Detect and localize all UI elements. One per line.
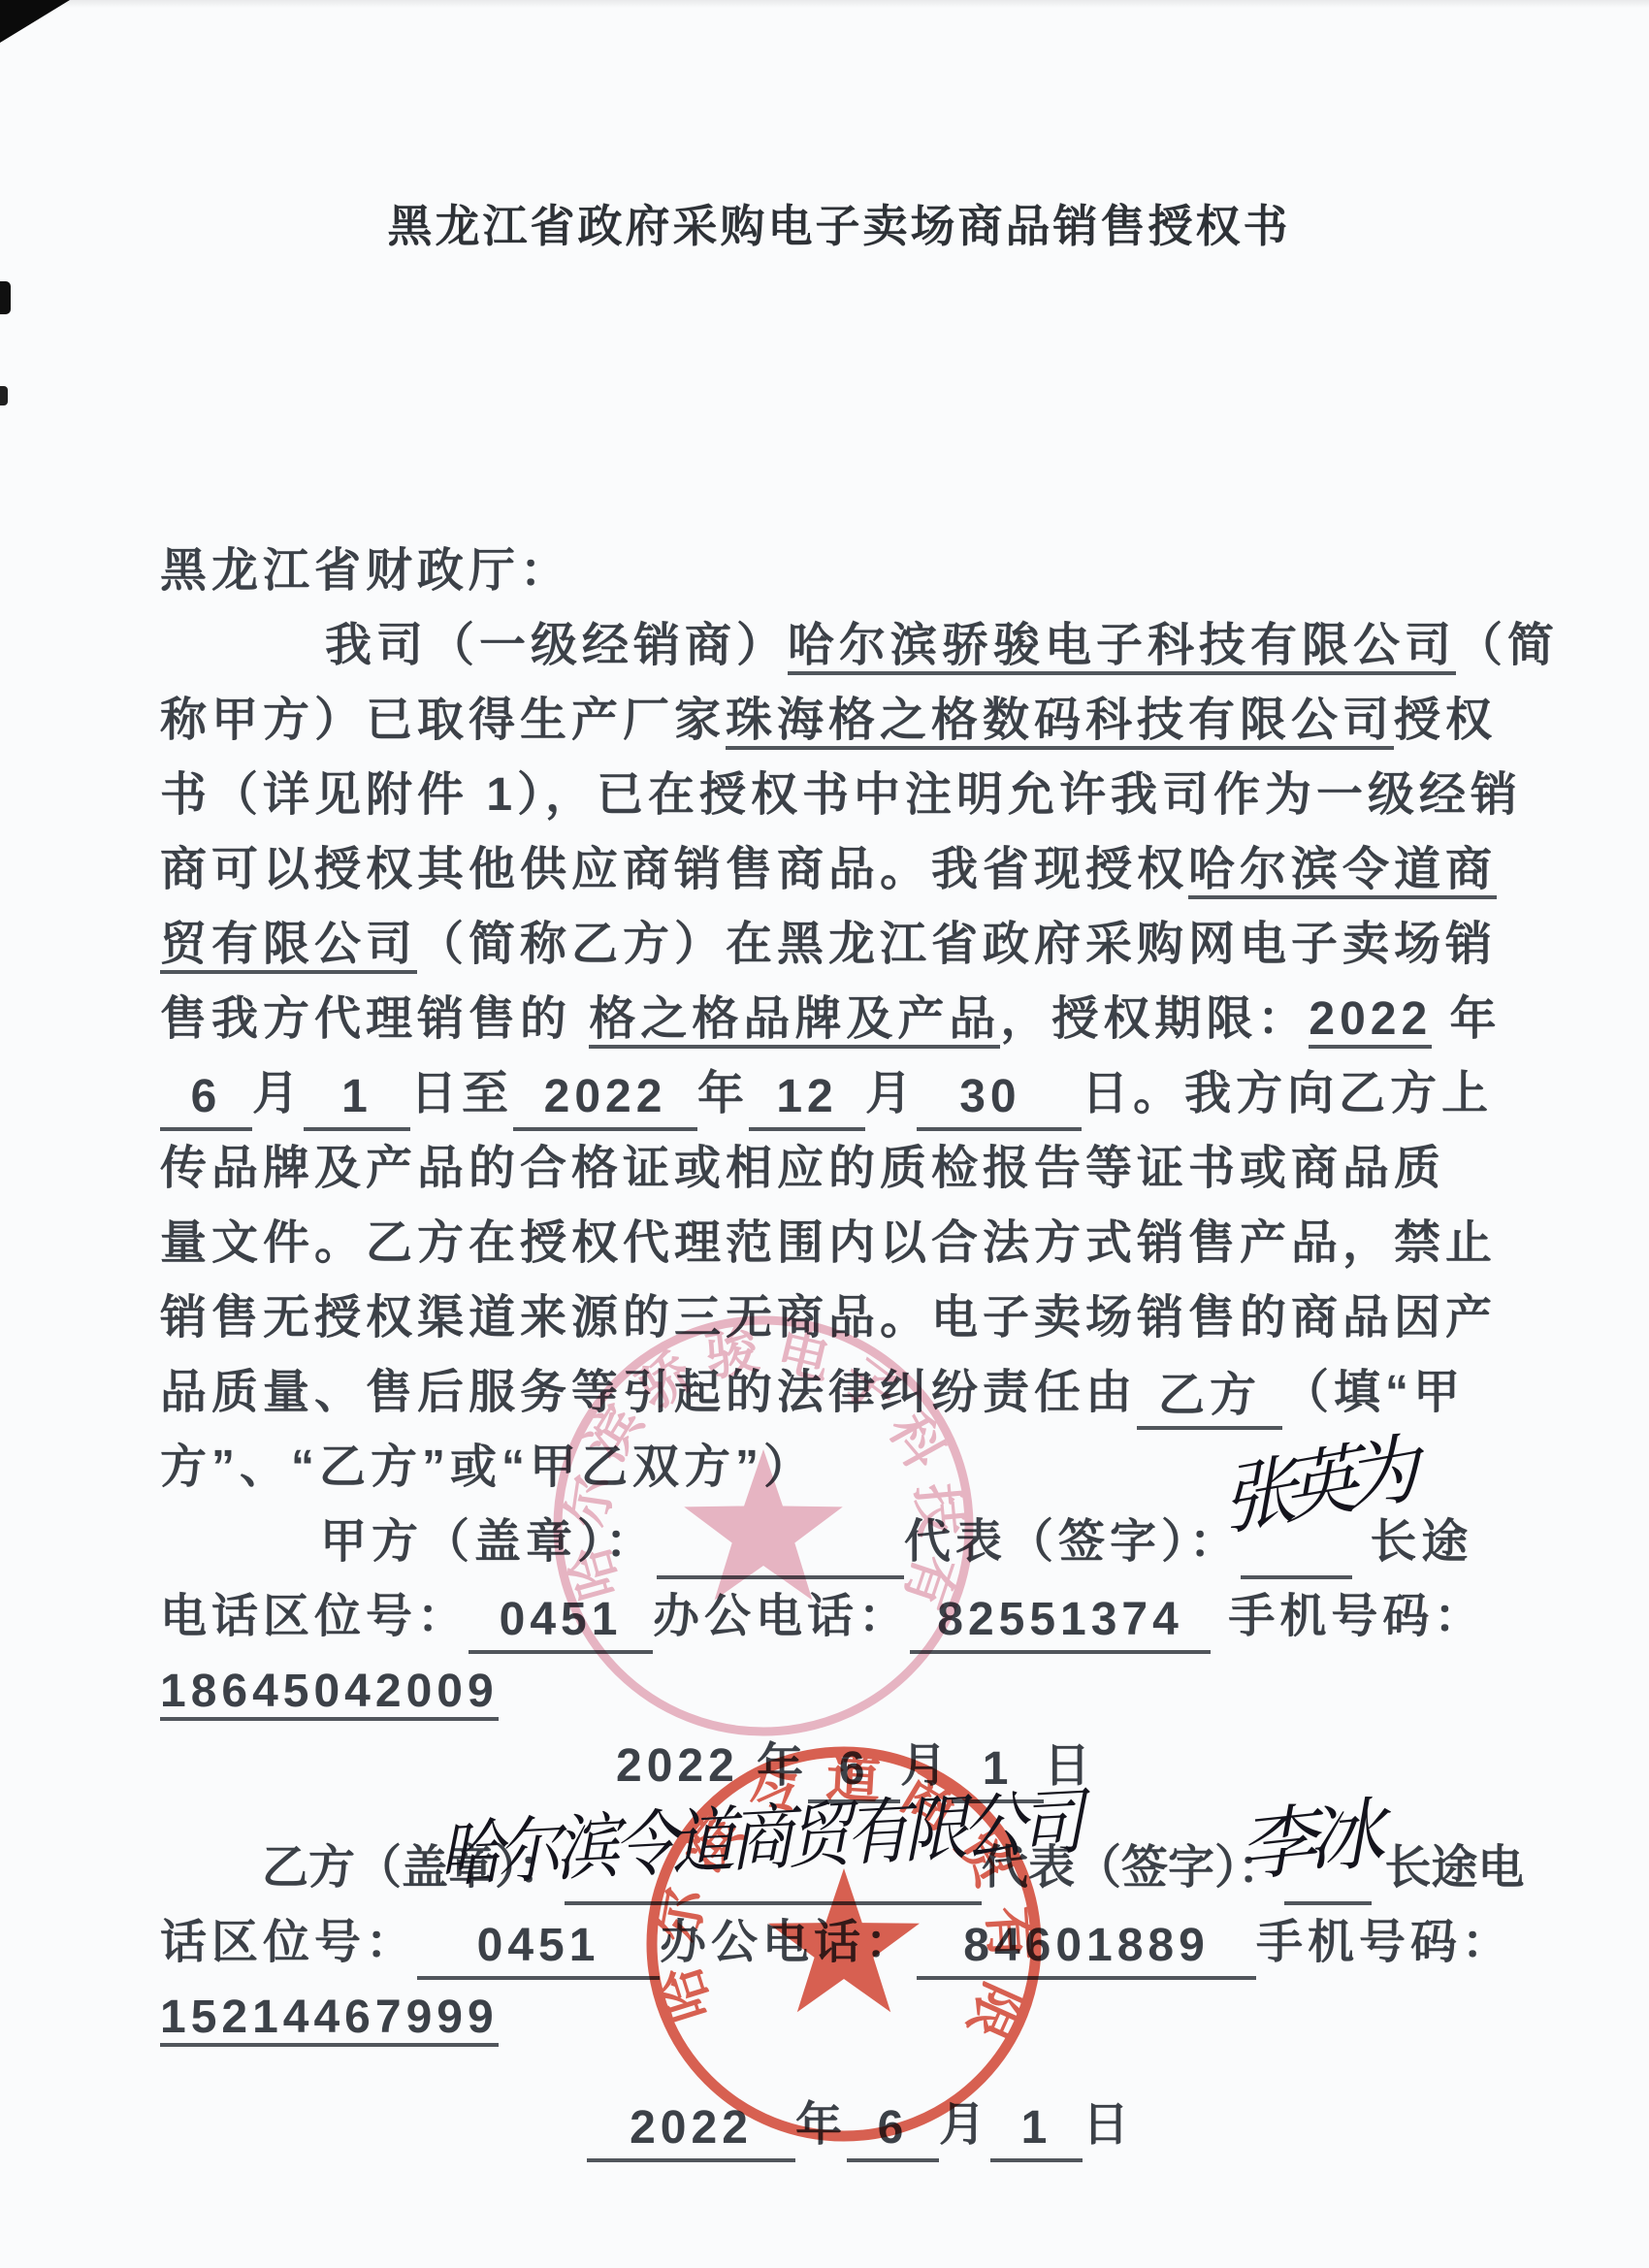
text-segment: 年 [795,2099,847,2151]
filled-blank: 82551374 [910,1582,1211,1654]
text-segment: 手机号码： [1211,1591,1485,1642]
scan-edge-mark [0,386,8,405]
text-segment: 日 [1083,2099,1134,2151]
text-segment: 年 [697,1068,749,1119]
text-segment: 长途电 [1372,1842,1524,1894]
filled-blank: 哈尔滨令道商 [1188,844,1497,899]
text-line: 商可以授权其他供应商销售商品。我省现授权哈尔滨令道商 [160,832,1518,907]
filled-blank: 84601889 [917,1908,1256,1980]
text-line: 15214467999 [160,1980,1518,2055]
text-line: 书（详见附件 1），已在授权书中注明允许我司作为一级经销 [160,758,1518,832]
text-line: 传品牌及产品的合格证或相应的质检报告等证书或商品质 [160,1131,1518,1206]
scan-top-shadow [0,0,1649,8]
document-page: 黑龙江省政府采购电子卖场商品销售授权书 黑龙江省财政厅：我司（一级经销商）哈尔滨… [0,0,1649,2268]
text-line: 销售无授权渠道来源的三无商品。电子卖场销售的商品因产 [160,1280,1518,1355]
text-line: 我司（一级经销商）哈尔滨骄骏电子科技有限公司（简 [160,608,1518,683]
text-line: 品质量、售后服务等引起的法律纠纷责任由 乙方 （填“甲 [160,1355,1518,1430]
text-segment: 月 [865,1068,917,1119]
filled-blank: 6 [847,2090,939,2162]
filled-blank: 贸有限公司 [160,919,417,974]
text-segment: 手机号码： [1256,1917,1513,1968]
text-line: 贸有限公司（简称乙方）在黑龙江省政府采购网电子卖场销 [160,907,1518,982]
filled-blank: 0451 [417,1908,660,1980]
text-line: 6 月 1 日至 2022 年 12 月 30 日。我方向乙方上 [160,1056,1518,1131]
scan-edge-mark [0,281,11,314]
filled-blank: 2022 [1309,993,1432,1049]
filled-blank [657,1507,904,1579]
text-line: 黑龙江省财政厅： [160,534,1518,608]
text-segment: 日至 [410,1068,513,1119]
text-segment: 我司（一级经销商） [325,620,788,671]
text-segment: 电话区位号： [160,1591,469,1642]
text-segment: 年 [1432,993,1501,1045]
text-line: 售我方代理销售的 格之格品牌及产品，授权期限：2022 年 [160,982,1518,1056]
filled-blank: 2022 [513,1059,697,1131]
scan-corner-artifact [0,0,70,43]
filled-blank: 珠海格之格数码科技有限公司 [726,695,1394,750]
text-segment: 商可以授权其他供应商销售商品。我省现授权 [160,844,1188,895]
text-segment: 甲方（盖章）： [320,1516,657,1568]
text-line: 18645042009 [160,1654,1518,1729]
filled-blank: 6 [160,1059,252,1131]
text-segment: 品质量、售后服务等引起的法律纠纷责任由 [160,1367,1137,1418]
text-segment: 代表（签字）： [904,1516,1241,1568]
text-line: 2022 年 6 月 1 日 [160,2088,1518,2162]
text-line: 话区位号：0451办公电话：84601889手机号码： [160,1905,1518,1980]
text-segment: （简 [1456,620,1559,671]
text-line: 称甲方）已取得生产厂家珠海格之格数码科技有限公司授权 [160,683,1518,758]
document-body: 黑龙江省财政厅：我司（一级经销商）哈尔滨骄骏电子科技有限公司（简称甲方）已取得生… [160,534,1518,2162]
text-segment: 传品牌及产品的合格证或相应的质检报告等证书或商品质 [160,1143,1445,1194]
filled-blank: 18645042009 [160,1666,499,1721]
text-segment: 话区位号： [160,1917,417,1968]
text-line: 电话区位号：0451办公电话：82551374 手机号码： [160,1579,1518,1654]
text-segment: 办公电话： [653,1591,910,1642]
text-segment: 方”、“乙方”或“甲乙双方”） [160,1442,815,1493]
filled-blank: 30 [917,1059,1082,1131]
text-segment: 书（详见附件 1），已在授权书中注明允许我司作为一级经销 [160,769,1522,821]
text-segment: 售我方代理销售的 [160,993,589,1045]
text-segment: 销售无授权渠道来源的三无商品。电子卖场销售的商品因产 [160,1292,1497,1344]
filled-blank: 乙方 [1137,1358,1282,1430]
text-segment: 量文件。乙方在授权代理范围内以合法方式销售产品，禁止 [160,1217,1497,1269]
text-segment: （简称乙方）在黑龙江省政府采购网电子卖场销 [417,919,1497,970]
party-b-signature: 李冰 [1237,1768,1392,1896]
filled-blank: 1 [990,2090,1083,2162]
text-segment: 月 [252,1068,304,1119]
filled-blank: 0451 [469,1582,653,1654]
filled-blank: 1 [304,1059,410,1131]
filled-blank: 格之格品牌及产品 [589,993,1000,1049]
document-title: 黑龙江省政府采购电子卖场商品销售授权书 [160,189,1518,264]
text-segment: 办公电话： [660,1917,917,1968]
filled-blank: 2022 [587,2090,795,2162]
filled-blank: 哈尔滨骄骏电子科技有限公司 [788,620,1456,675]
text-segment: 称甲方）已取得生产厂家 [160,695,726,746]
text-segment: 黑龙江省财政厅： [160,545,571,597]
text-segment: 日。我方向乙方上 [1082,1068,1493,1119]
text-segment: （填“甲 [1282,1367,1465,1418]
filled-blank: 12 [749,1059,865,1131]
text-segment: 授权 [1394,695,1497,746]
text-line: 量文件。乙方在授权代理范围内以合法方式销售产品，禁止 [160,1206,1518,1280]
text-segment: ，授权期限： [1000,993,1309,1045]
filled-blank: 15214467999 [160,1992,499,2047]
text-segment: 月 [939,2099,990,2151]
